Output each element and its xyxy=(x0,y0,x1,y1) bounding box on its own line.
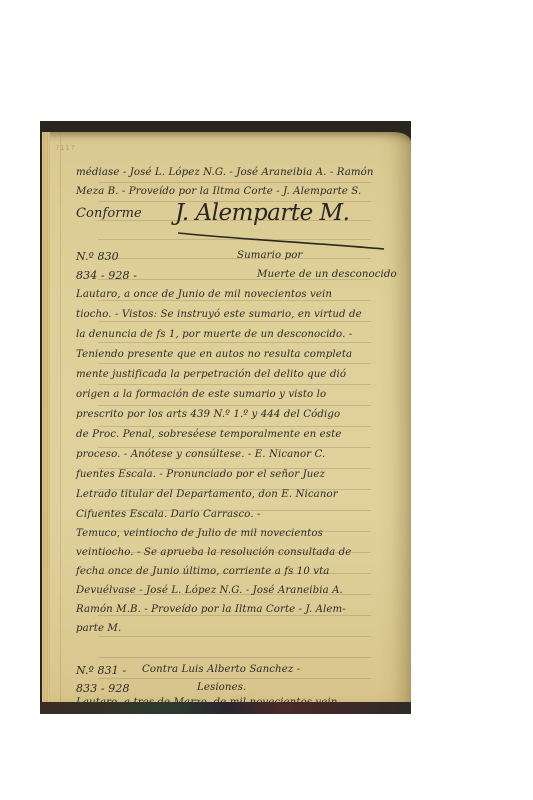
ruled-line xyxy=(98,182,371,183)
entry-831-number: N.º 831 - xyxy=(76,664,126,677)
signature: J. Alemparte M. xyxy=(175,200,349,226)
entry-830-line: Letrado titular del Departamento, don E.… xyxy=(76,489,338,500)
entry-830-line: tiocho. - Vistos: Se instruyó este sumar… xyxy=(76,309,362,320)
conforme-label: Conforme xyxy=(76,206,142,221)
entry-830-line: Devuélvase - José L. López N.G. - José A… xyxy=(76,585,343,596)
ruled-line xyxy=(98,342,371,343)
entry-830-line: fecha once de Junio último, corriente a … xyxy=(76,566,329,577)
ruled-line xyxy=(98,384,371,385)
signature-flourish-icon xyxy=(176,229,386,251)
entry-830-line: de Proc. Penal, sobreséese temporalmente… xyxy=(76,429,341,440)
header-line: Meza B. - Proveído por la Iltma Corte - … xyxy=(76,186,361,197)
ruled-line xyxy=(98,678,371,679)
entry-830-line: Cifuentes Escala. Dario Carrasco. - xyxy=(76,509,261,520)
ruled-line xyxy=(98,258,371,259)
entry-830-line: Temuco, veintiocho de Julio de mil novec… xyxy=(76,528,323,539)
entry-830-line: mente justificada la perpetración del de… xyxy=(76,369,346,380)
ruled-line xyxy=(98,321,371,322)
entry-830-line: prescrito por los arts 439 N.º 1.º y 444… xyxy=(76,409,340,420)
scanned-ledger-image: ?11? médiase - José L. López N.G. - José… xyxy=(40,121,411,714)
entry-830-subtitle: Muerte de un desconocido xyxy=(257,269,397,280)
ruled-line xyxy=(98,426,371,427)
entry-830-line: veintiocho. - Se aprueba la resolución c… xyxy=(76,547,351,558)
ruled-line xyxy=(98,363,371,364)
ruled-line xyxy=(98,405,371,406)
entry-830-line: Lautaro, a once de Junio de mil novecien… xyxy=(76,289,332,300)
entry-830-line: origen a la formación de este sumario y … xyxy=(76,389,326,400)
entry-830-line: Ramón M.B. - Proveído por la Iltma Corte… xyxy=(76,604,346,615)
entry-831-subtitle: Lesiones. xyxy=(197,682,246,693)
entry-830-line: proceso. - Anótese y consúltese. - E. Ni… xyxy=(76,449,325,460)
entry-830-line: Teniendo presente que en autos no result… xyxy=(76,349,352,360)
page-stamp: ?11? xyxy=(55,144,76,152)
scan-bottom-edge xyxy=(40,702,411,714)
entry-830-line: parte M. xyxy=(76,623,121,634)
entry-831-folio: 833 - 928 xyxy=(76,682,130,695)
ruled-line xyxy=(98,447,371,448)
margin-line xyxy=(60,132,61,702)
entry-830-line: fuentes Escala. - Pronunciado por el señ… xyxy=(76,469,325,480)
entry-830-line: la denuncia de fs 1, por muerte de un de… xyxy=(76,329,352,340)
ruled-line xyxy=(98,615,371,616)
ledger-page: ?11? médiase - José L. López N.G. - José… xyxy=(42,132,411,702)
header-line: médiase - José L. López N.G. - José Aran… xyxy=(76,167,374,178)
entry-830-number: N.º 830 xyxy=(76,250,119,263)
ruled-line xyxy=(98,657,371,658)
ruled-line xyxy=(98,636,371,637)
entry-831-title: Contra Luis Alberto Sanchez - xyxy=(142,664,300,675)
entry-830-folio: 834 - 928 - xyxy=(76,269,137,282)
ruled-line xyxy=(98,300,371,301)
page-stack-edge xyxy=(42,132,50,702)
entry-830-title: Sumario por xyxy=(237,250,302,261)
